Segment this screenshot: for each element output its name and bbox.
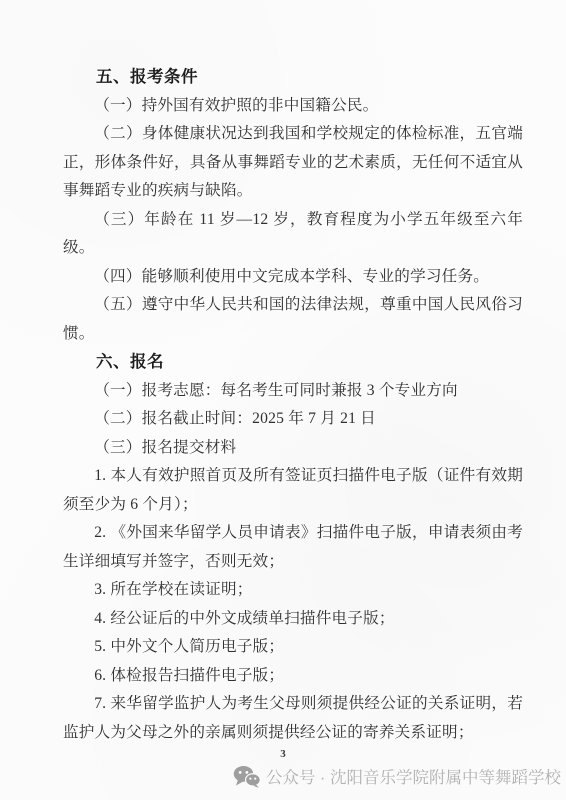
paragraph-registration-deadline: （二）报名截止时间：2025 年 7 月 21 日 [63,405,523,434]
paragraph-requirement-3: （三）年龄在 11 岁—12 岁，教育程度为小学五年级至六年级。 [63,206,523,263]
paragraph-material-2: 2. 《外国来华留学人员申请表》扫描件电子版，申请表须由考生详细填写并签字，否则… [63,519,523,576]
wechat-icon [233,765,260,788]
paragraph-requirement-1: （一）持外国有效护照的非中国籍公民。 [63,92,523,121]
paragraph-material-7: 7. 来华留学监护人为考生父母则须提供经公证的关系证明，若监护人为父母之外的亲属… [63,690,523,747]
watermark-text: 公众号 · 沈阳音乐学院附属中等舞蹈学校 [266,764,561,788]
paragraph-registration-choice: （一）报考志愿：每名考生可同时兼报 3 个专业方向 [63,377,523,406]
paragraph-registration-materials: （三）报名提交材料 [63,434,523,463]
paragraph-requirement-4: （四）能够顺利使用中文完成本学科、专业的学习任务。 [63,263,523,292]
paragraph-requirement-2: （二）身体健康状况达到我国和学校规定的体检标准，五官端正，形体条件好，具备从事舞… [63,120,523,206]
paragraph-requirement-5: （五）遵守中华人民共和国的法律法规，尊重中国人民风俗习惯。 [63,291,523,348]
paragraph-material-1: 1. 本人有效护照首页及所有签证页扫描件电子版（证件有效期须至少为 6 个月）； [63,462,523,519]
wechat-watermark: 公众号 · 沈阳音乐学院附属中等舞蹈学校 [233,764,561,788]
paragraph-material-4: 4. 经公证后的中外文成绩单扫描件电子版； [63,605,523,634]
section-registration: 六、报名 （一）报考志愿：每名考生可同时兼报 3 个专业方向 （二）报名截止时间… [63,348,523,747]
section-heading-requirements: 五、报考条件 [63,63,523,92]
document-page: 五、报考条件 （一）持外国有效护照的非中国籍公民。 （二）身体健康状况达到我国和… [0,0,566,800]
paragraph-material-5: 5. 中外文个人简历电子版； [63,633,523,662]
page-number: 3 [0,748,566,760]
paragraph-material-3: 3. 所在学校在读证明； [63,576,523,605]
section-application-requirements: 五、报考条件 （一）持外国有效护照的非中国籍公民。 （二）身体健康状况达到我国和… [63,63,523,348]
paragraph-material-6: 6. 体检报告扫描件电子版； [63,662,523,691]
section-heading-registration: 六、报名 [63,348,523,377]
